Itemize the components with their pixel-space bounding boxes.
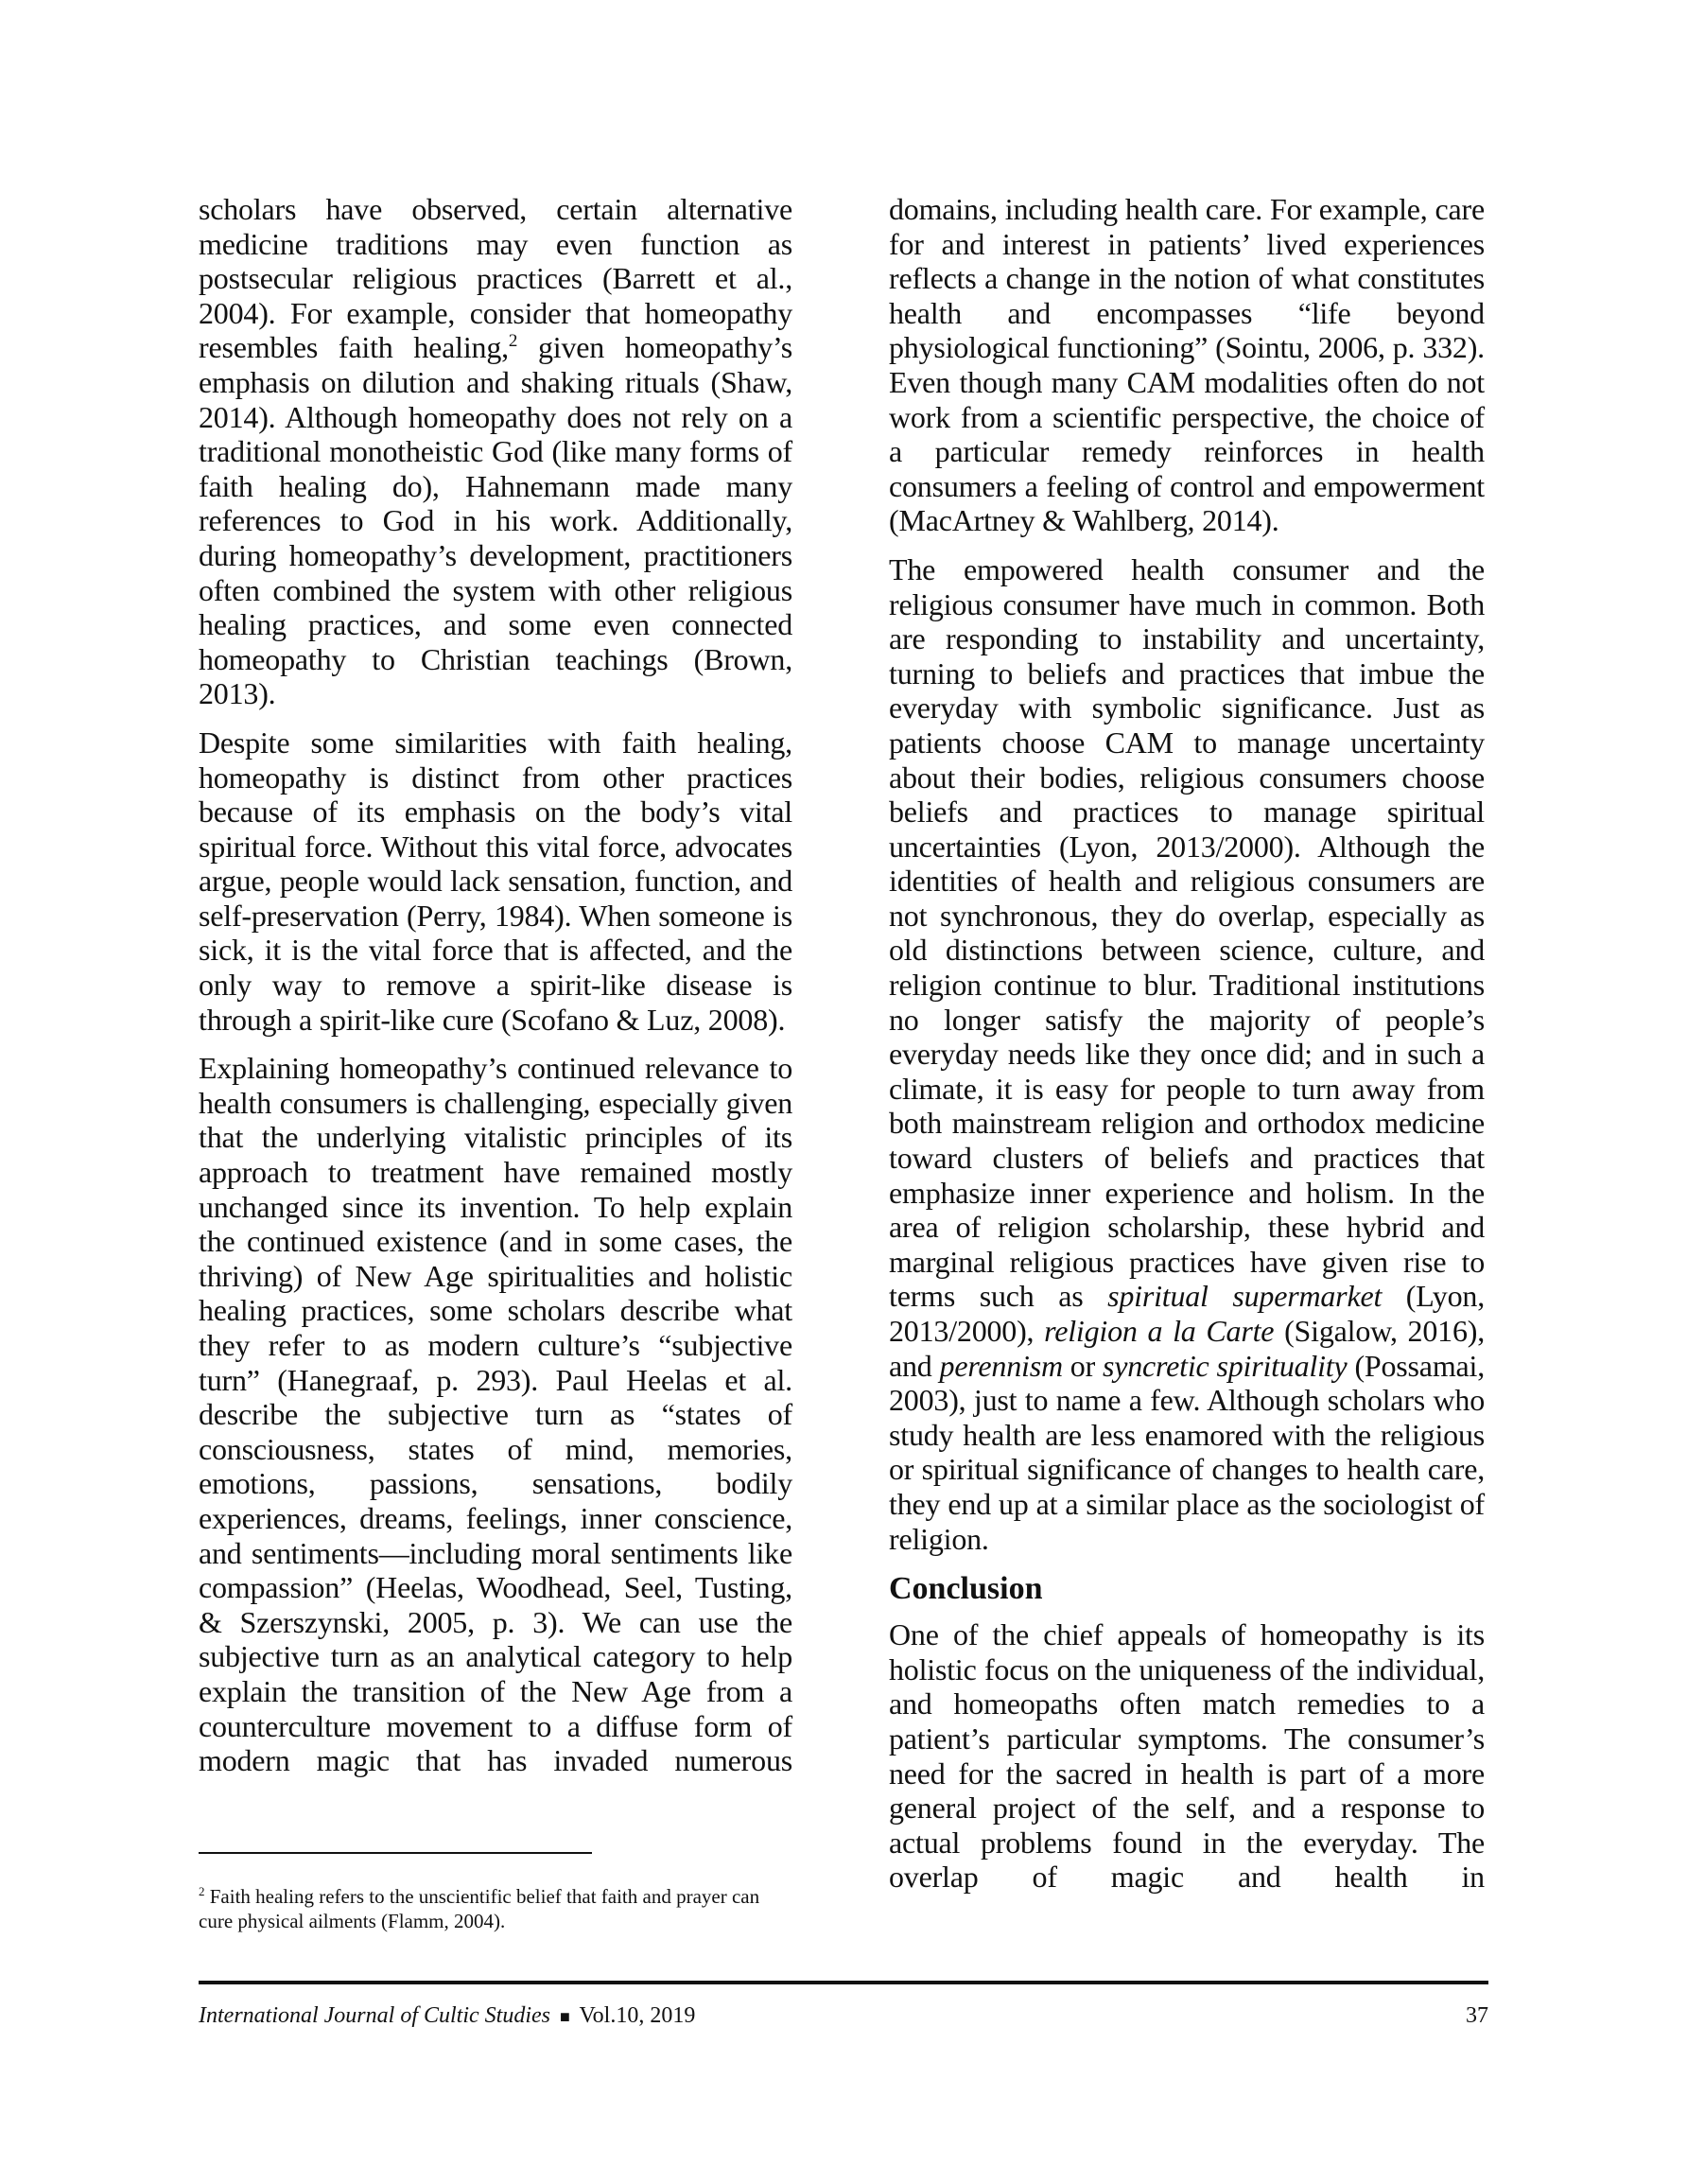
footnote: 2 Faith healing refers to the unscientif… bbox=[199, 1884, 792, 1933]
right-column: domains, including health care. For exam… bbox=[889, 192, 1485, 1895]
square-separator-icon: ■ bbox=[560, 2007, 570, 2026]
italic-term: spiritual supermarket bbox=[1107, 1279, 1382, 1313]
body-paragraph: scholars have observed, certain alternat… bbox=[199, 192, 792, 711]
body-paragraph: The empowered health consumer and the re… bbox=[889, 552, 1485, 1556]
body-paragraph: Despite some similarities with faith hea… bbox=[199, 725, 792, 1037]
paragraph-text: or bbox=[1063, 1349, 1103, 1383]
footnote-reference[interactable]: 2 bbox=[509, 331, 517, 351]
footnote-text: Faith healing refers to the unscientific… bbox=[199, 1885, 759, 1932]
page-number: 37 bbox=[1466, 2003, 1488, 2029]
paragraph-text: The empowered health consumer and the re… bbox=[889, 552, 1485, 1313]
footer-divider bbox=[199, 1981, 1488, 1984]
footer-citation: International Journal of Cultic Studies … bbox=[199, 2003, 695, 2029]
volume-info: Vol.10, 2019 bbox=[579, 2003, 695, 2028]
paragraph-text: given homeopathy’s emphasis on dilution … bbox=[199, 330, 792, 710]
body-paragraph: Explaining homeopathy’s continued releva… bbox=[199, 1051, 792, 1777]
body-paragraph: domains, including health care. For exam… bbox=[889, 192, 1485, 538]
journal-title: International Journal of Cultic Studies bbox=[199, 2003, 550, 2028]
footnote-divider bbox=[199, 1852, 592, 1854]
body-paragraph: One of the chief appeals of homeopathy i… bbox=[889, 1617, 1485, 1895]
section-heading-conclusion: Conclusion bbox=[889, 1570, 1485, 1608]
italic-term: religion a la Carte bbox=[1044, 1314, 1274, 1348]
italic-term: perennism bbox=[940, 1349, 1063, 1383]
page-footer: International Journal of Cultic Studies … bbox=[199, 2003, 1488, 2029]
left-column: scholars have observed, certain alternat… bbox=[199, 192, 792, 1778]
italic-term: syncretic spirituality bbox=[1103, 1349, 1348, 1383]
